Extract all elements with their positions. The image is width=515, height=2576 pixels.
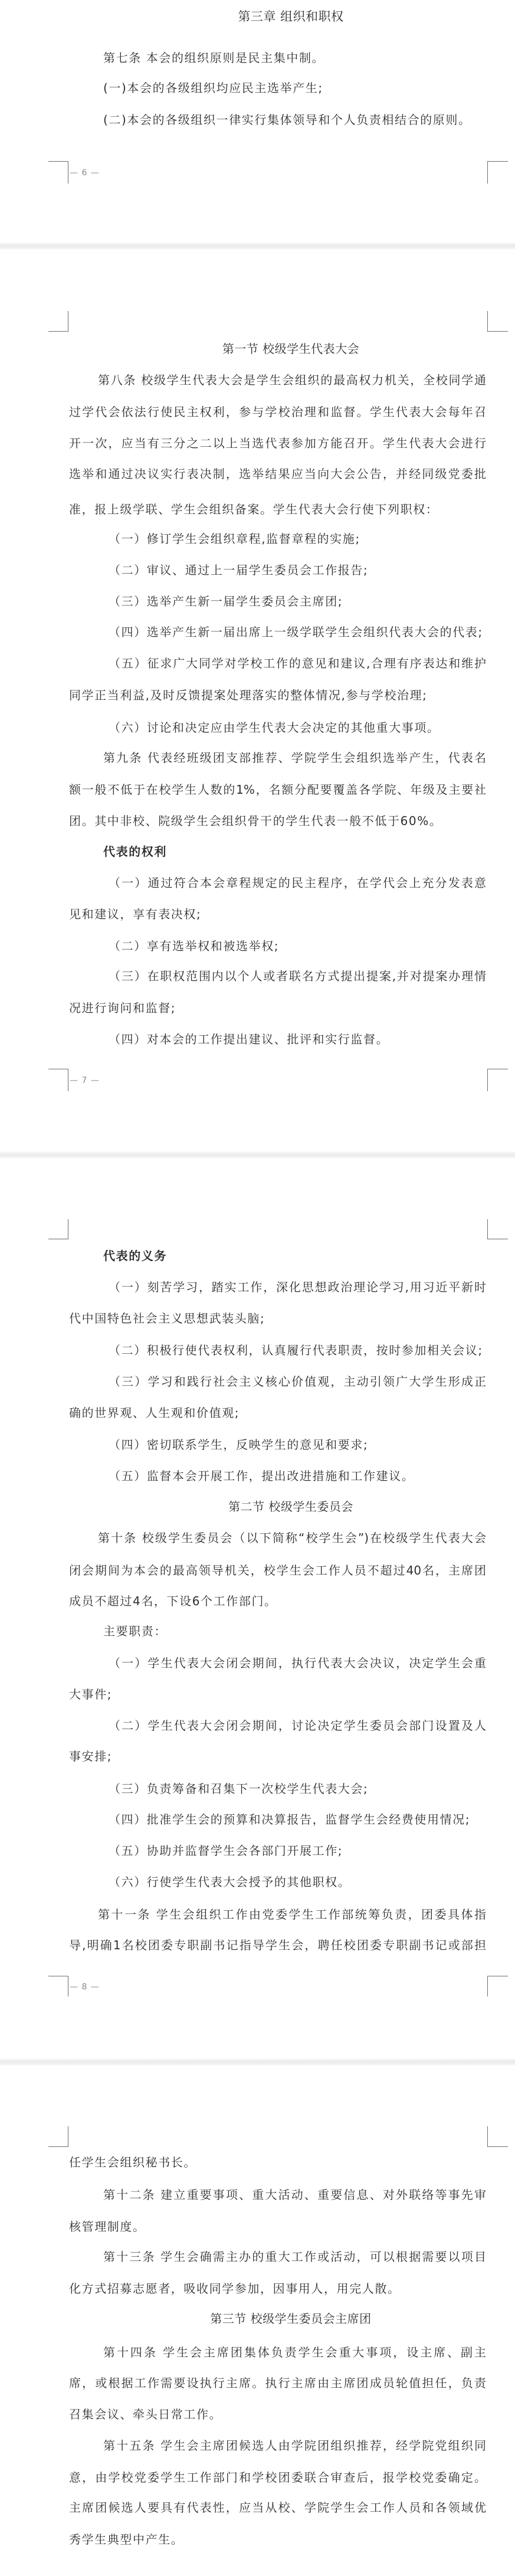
section-title: 第二节 校级学生委员会	[0, 1500, 515, 1514]
article-paragraph: 第七条 本会的组织原则是民主集中制。	[103, 51, 324, 65]
crop-mark-bottom-right	[487, 1976, 508, 1996]
list-item: （六）讨论和决定应由学生代表大会决定的其他重大事项。	[109, 721, 440, 735]
article-paragraph: 席，或根据工作需要设执行主席。执行主席由主席团成员轮值担任，负责	[69, 2376, 486, 2390]
page-number: — 8 —	[70, 1982, 100, 1992]
crop-mark-bottom-left	[48, 161, 68, 184]
list-item: 事安排;	[69, 1749, 112, 1763]
article-paragraph: 过学代会依法行使民主权利，参与学校治理和监督。学生代表大会每年召	[69, 405, 486, 419]
list-item: 确的世界观、人生观和价值观;	[69, 1406, 240, 1420]
page-separator	[0, 242, 515, 250]
article-paragraph: 意，由学校党委学生工作部门和学校团委联合审查后，报学校党委确定。	[69, 2470, 486, 2485]
crop-mark-top-right	[487, 2126, 508, 2147]
list-item: 大事件;	[69, 1687, 112, 1701]
list-item: （四）选举产生新一届出席上一级学联学生会组织代表大会的代表;	[109, 625, 483, 639]
crop-mark-top-left	[48, 311, 68, 332]
crop-mark-top-right	[487, 311, 508, 332]
list-item: （三）负责筹备和召集下一次校学生代表大会;	[109, 1782, 368, 1796]
list-item: 见和建议，享有表决权;	[69, 907, 201, 921]
section-title: 第三节 校级学生委员会主席团	[0, 2312, 515, 2326]
article-paragraph: 第九条 代表经班级团支部推荐、学院学生会组织选举产生，代表名	[69, 751, 486, 765]
article-paragraph: 第十四条 学生会主席团集体负责学生会重大事项，设主席、副主	[69, 2345, 486, 2359]
article-paragraph: 召集会议、牵头日常工作。	[69, 2407, 222, 2421]
article-paragraph: 成员不超过4名，下设6个工作部门。	[69, 1594, 277, 1608]
chapter-title: 第三章 组织和职权	[0, 9, 515, 24]
list-item: （四）对本会的工作提出建议、批评和实行监督。	[109, 1032, 389, 1046]
list-item: 况进行询问和监督;	[69, 1001, 176, 1015]
article-paragraph: (一)本会的各级组织均应民主选举产生;	[103, 81, 323, 95]
article-paragraph: 第十五条 学生会主席团候选人由学院团组织推荐，经学院党组织同	[69, 2438, 486, 2453]
list-item: （一）学生代表大会闭会期间，执行代表大会决议，决定学生会重	[69, 1656, 486, 1670]
article-paragraph: 第十二条 建立重要事项、重大活动、重要信息、对外联络等事先审	[69, 2188, 486, 2202]
article-paragraph: 开一次，应当有三分之二以上当选代表参加方能召开。学生代表大会进行	[69, 436, 486, 450]
page-separator	[0, 1151, 515, 1159]
article-paragraph: 第十条 校级学生委员会（以下简称“校学生会”)在校级学生代表大会	[69, 1531, 486, 1545]
subheading-rights: 代表的权利	[103, 845, 167, 859]
article-paragraph: 准，报上级学联、学生会组织备案。学生代表大会行使下列职权：	[69, 502, 438, 516]
article-paragraph: 额一般不低于在校学生人数的1%，名额分配要覆盖各学院、年级及主要社	[69, 783, 486, 797]
crop-mark-top-left	[48, 1219, 68, 1239]
article-paragraph: 导,明确1名校团委专职副书记指导学生会，聘任校团委专职副书记或部担	[69, 1938, 486, 1952]
crop-mark-top-right	[487, 1219, 508, 1239]
list-item: （三）选举产生新一届学生委员会主席团;	[109, 594, 343, 608]
list-item: （一）通过符合本会章程规定的民主程序，在学代会上充分发表意	[69, 876, 486, 890]
article-paragraph: 化方式招募志愿者，吸收同学参加，因事用人，用完人散。	[69, 2282, 401, 2296]
section-title: 第一节 校级学生代表大会	[0, 342, 515, 356]
duties-label: 主要职责：	[103, 1624, 167, 1638]
list-item: （一）修订学生会组织章程,监督章程的实施;	[109, 532, 360, 546]
page-number: — 7 —	[70, 1076, 100, 1085]
list-item: （五）监督本会开展工作，提出改进措施和工作建议。	[109, 1469, 414, 1483]
crop-mark-bottom-left	[48, 1069, 68, 1091]
subheading-duties: 代表的义务	[103, 1249, 167, 1263]
list-item: （二）学生代表大会闭会期间，讨论决定学生委员会部门设置及人	[69, 1719, 486, 1733]
list-item: 代中国特色社会主义思想武装头脑;	[69, 1311, 265, 1325]
list-item: 同学正当利益,及时反馈提案处理落实的整体情况,参与学校治理;	[69, 688, 427, 702]
list-item: （五）征求广大同学对学校工作的意见和建议,合理有序表达和维护	[69, 656, 486, 670]
article-paragraph: 第十一条 学生会组织工作由党委学生工作部统筹负责，团委具体指	[69, 1907, 486, 1922]
crop-mark-bottom-right	[487, 161, 508, 184]
page-number: — 6 —	[70, 168, 100, 178]
list-item: （四）批准学生会的预算和决算报告，监督学生会经费使用情况;	[109, 1812, 470, 1827]
article-paragraph: 第十三条 学生会确需主办的重大工作或活动，可以根据需要以项目	[69, 2250, 486, 2264]
article-paragraph: 任学生会组织秘书长。	[69, 2155, 196, 2169]
crop-mark-top-left	[48, 2126, 68, 2147]
article-paragraph: 主席团候选人要具有代表性，应当从校、学院学生会工作人员和各领域优	[69, 2500, 486, 2515]
list-item: （二）审议、通过上一届学生委员会工作报告;	[109, 563, 368, 577]
page-separator	[0, 2058, 515, 2066]
list-item: （二）享有选举权和被选举权;	[109, 939, 279, 953]
article-paragraph: (二)本会的各级组织一律实行集体领导和个人负责相结合的原则。	[103, 113, 471, 127]
list-item: （五）协助并监督学生会各部门开展工作;	[109, 1844, 343, 1858]
article-paragraph: 选举和通过决议实行表决制，选举结果应当向大会公告，并经同级党委批	[69, 467, 486, 481]
crop-mark-bottom-left	[48, 1976, 68, 1996]
list-item: （四）密切联系学生，反映学生的意见和要求;	[109, 1438, 368, 1452]
article-paragraph: 第八条 校级学生代表大会是学生会组织的最高权力机关，全校同学通	[69, 373, 486, 387]
article-paragraph: 核管理制度。	[69, 2220, 146, 2234]
list-item: （二）积极行使代表权利，认真履行代表职责，按时参加相关会议;	[109, 1343, 483, 1357]
list-item: （一）刻苦学习，踏实工作，深化思想政治理论学习,用习近平新时	[69, 1280, 486, 1294]
crop-mark-bottom-right	[487, 1069, 508, 1091]
list-item: （三）在职权范围内以个人或者联名方式提出提案,并对提案办理情	[69, 969, 486, 983]
article-paragraph: 闭会期间为本会的最高领导机关，校学生会工作人员不超过40名，主席团	[69, 1563, 486, 1577]
article-paragraph: 团。其中非校、院级学生会组织骨干的学生代表一般不低于60%。	[69, 814, 442, 828]
article-paragraph: 秀学生典型中产生。	[69, 2532, 183, 2546]
list-item: （六）行使学生代表大会授予的其他职权。	[109, 1875, 350, 1889]
list-item: （三）学习和践行社会主义核心价值观，主动引领广大学生形成正	[69, 1374, 486, 1389]
